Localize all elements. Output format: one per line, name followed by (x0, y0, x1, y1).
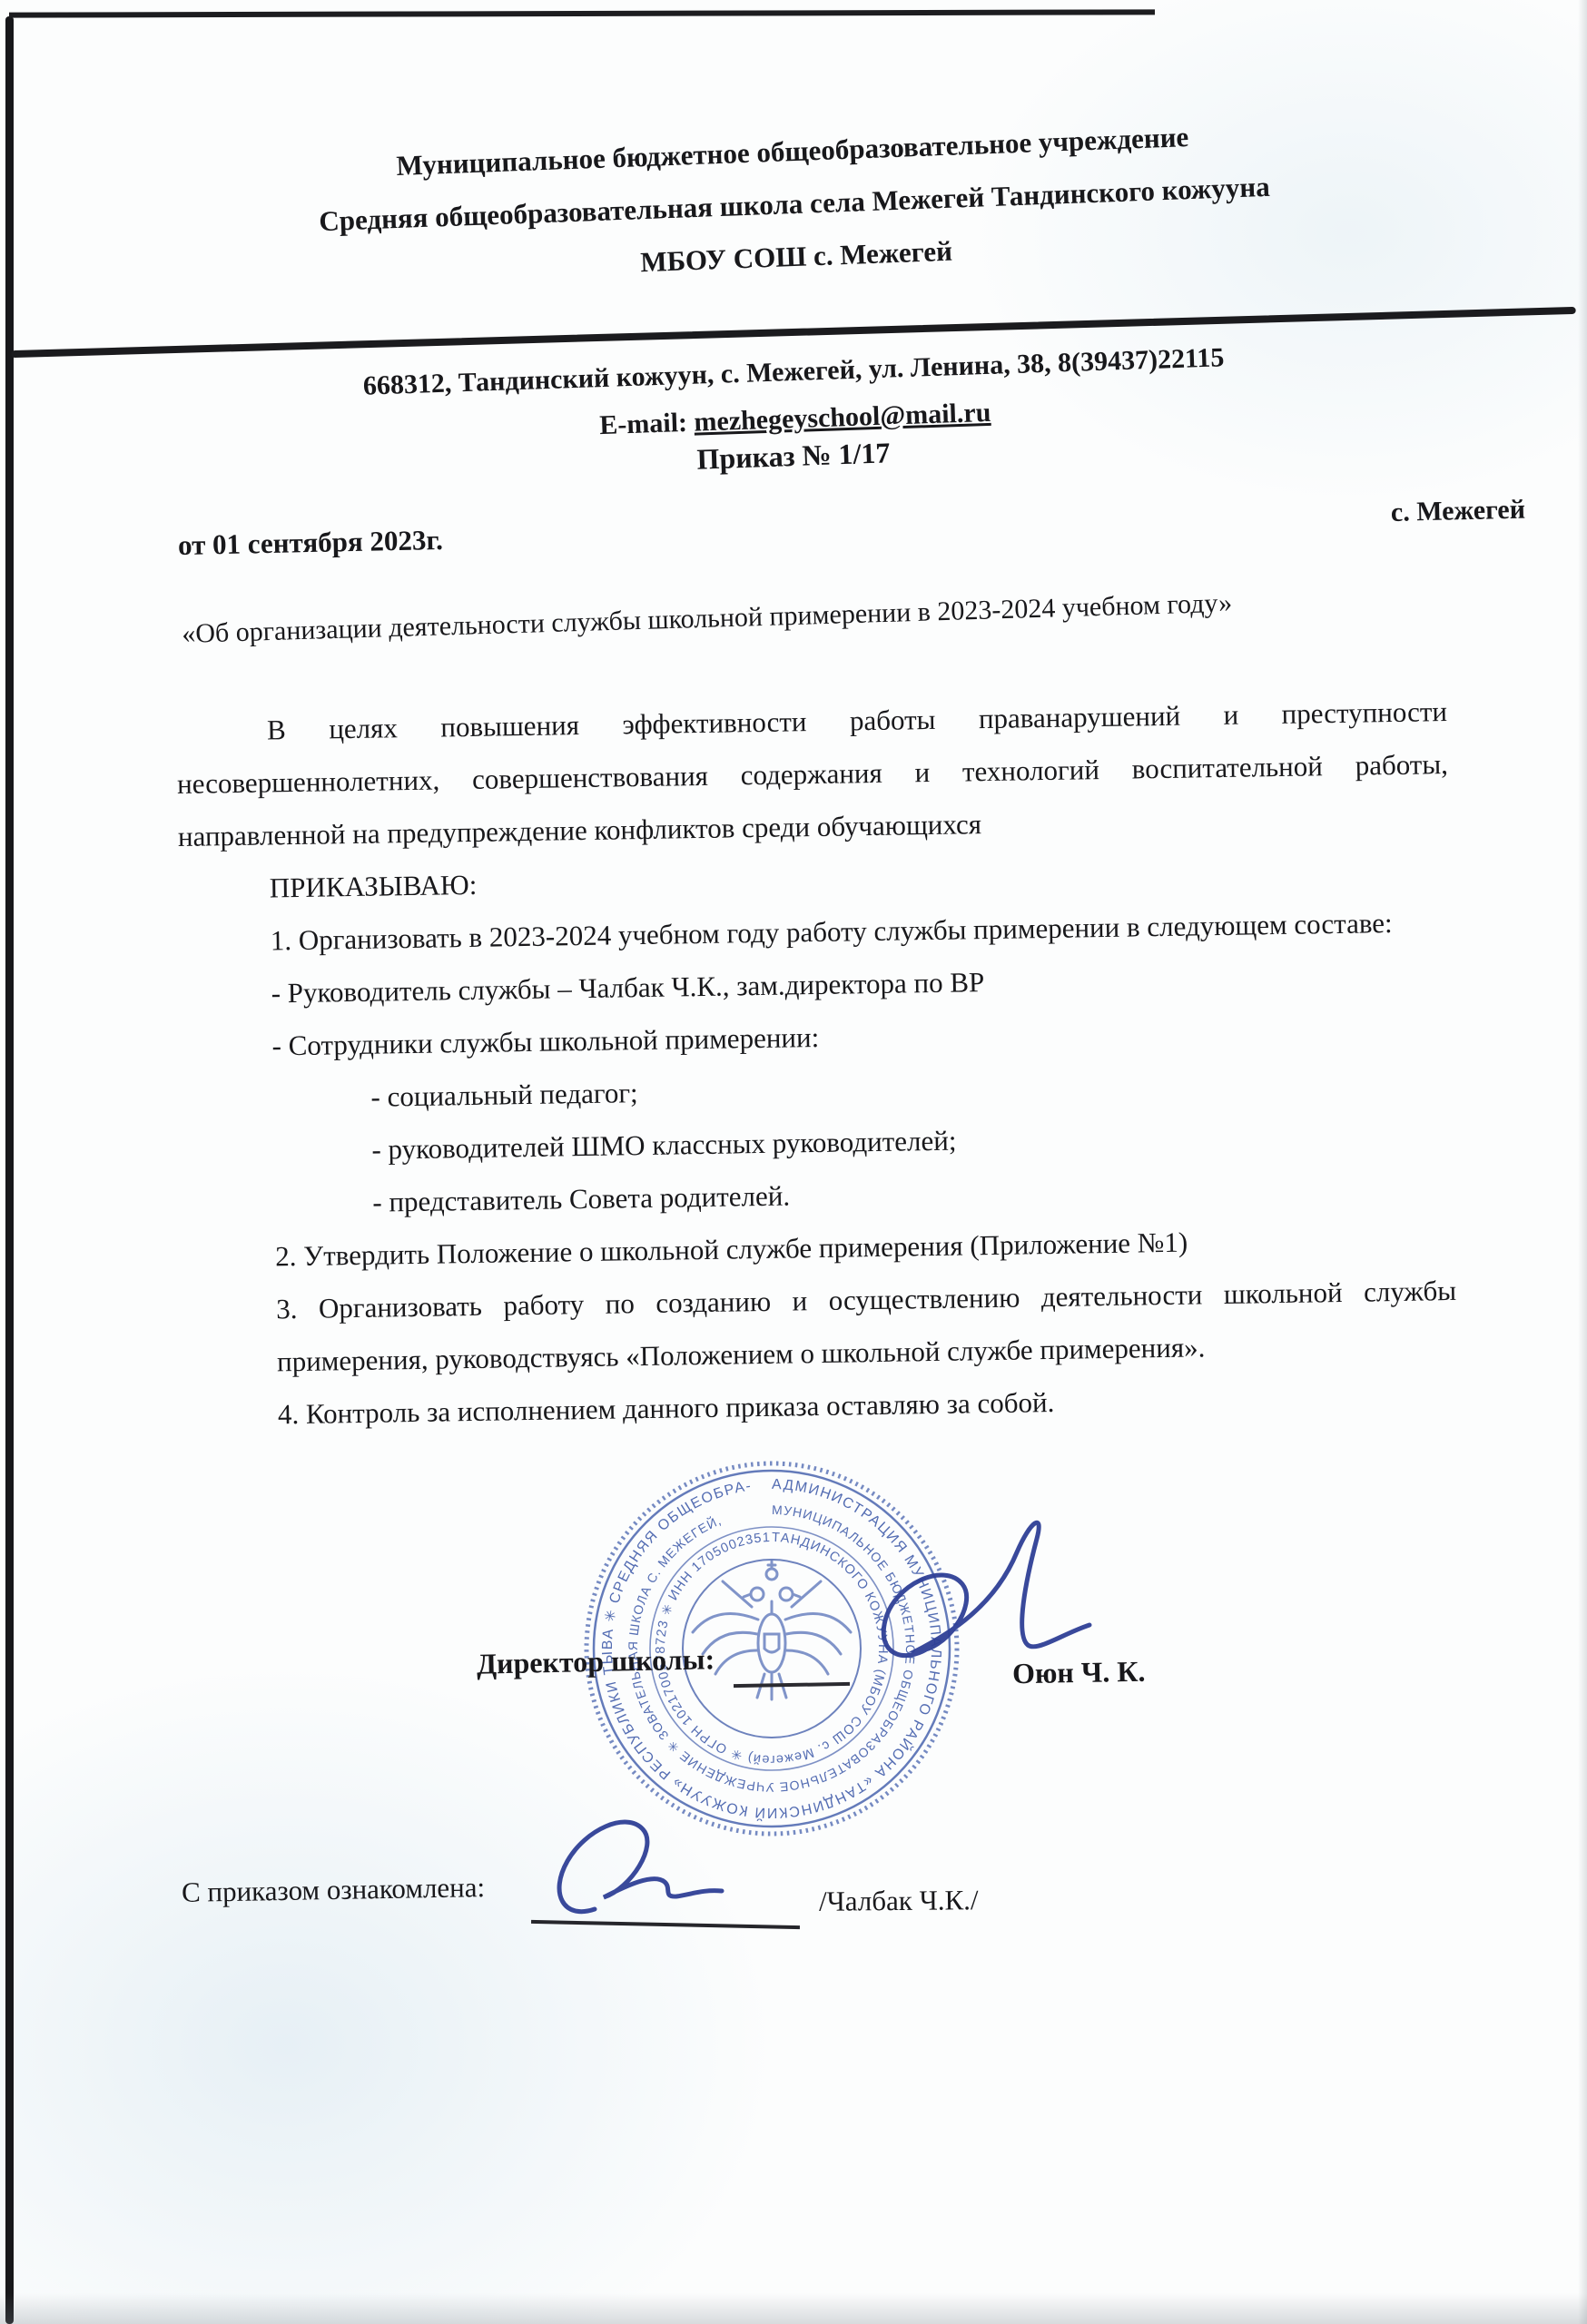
ack-label: С приказом ознакомлена: (182, 1871, 486, 1909)
scanned-order-page: Муниципальное бюджетное общеобразователь… (0, 0, 1587, 2324)
order-body: В целях повышения эффективности работы п… (176, 685, 1459, 1443)
director-label: Директор школы: (477, 1642, 715, 1680)
director-name: Оюн Ч. К. (1012, 1655, 1146, 1691)
order-item-3: 3. Организовать работу по созданию и осу… (276, 1265, 1458, 1388)
ack-signature-line (531, 1920, 800, 1929)
email-link[interactable]: mezhegeyschool@mail.ru (694, 398, 991, 438)
order-place: с. Межегей (1253, 495, 1526, 532)
email-label: E-mail: (599, 408, 695, 440)
scan-edge-left (5, 16, 14, 2324)
order-date: от 01 сентября 2023г. (178, 524, 443, 562)
scan-edge-bottom (0, 2293, 1587, 2324)
scan-edge-top (9, 9, 1155, 17)
scan-edge-right (1578, 0, 1587, 2324)
order-title: «Об организации деятельности службы школ… (182, 579, 1525, 650)
letterhead: Муниципальное бюджетное общеобразователь… (133, 101, 1454, 307)
double-eagle-emblem (693, 1561, 851, 1699)
intro-paragraph: В целях повышения эффективности работы п… (176, 685, 1450, 863)
ack-name: /Чалбак Ч.К./ (819, 1884, 979, 1918)
